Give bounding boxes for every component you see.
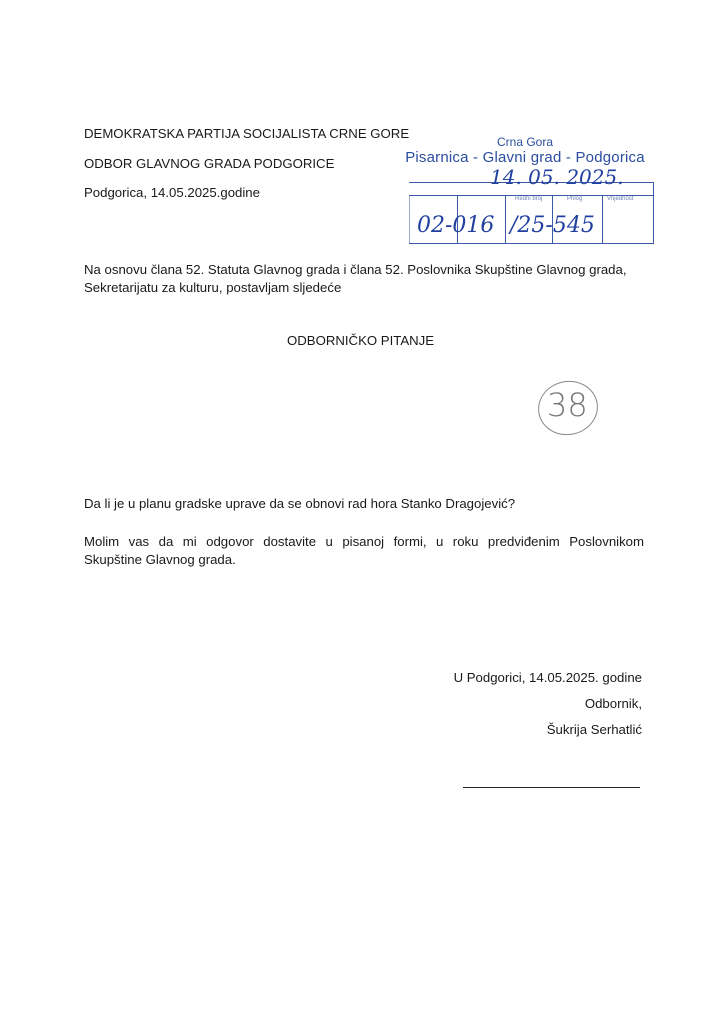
request-line-1: Molim vas da mi odgovor dostavite u pisa…	[84, 534, 644, 550]
stamp-col-redni-broj: Redni broj	[515, 196, 542, 202]
request-line-2: Skupštine Glavnog grada.	[84, 552, 236, 568]
header-place-date: Podgorica, 14.05.2025.godine	[84, 185, 260, 201]
registry-stamp: Crna Gora Pisarnica - Glavni grad - Podg…	[395, 125, 655, 250]
stamp-col-vrijednost: Vrijednost	[607, 196, 633, 202]
signature-place-date: U Podgorici, 14.05.2025. godine	[454, 670, 642, 686]
handwritten-number: 38	[547, 386, 588, 424]
stamp-col-prilog: Prilog	[567, 196, 582, 202]
stamp-reg-number: /25-545	[510, 213, 595, 238]
signature-line	[463, 787, 640, 788]
stamp-office: Pisarnica - Glavni grad - Podgorica	[395, 149, 655, 166]
signature-role: Odbornik,	[585, 696, 642, 712]
document-title: ODBORNIČKO PITANJE	[287, 333, 434, 349]
stamp-country: Crna Gora	[395, 135, 655, 149]
party-name: DEMOKRATSKA PARTIJA SOCIJALISTA CRNE GOR…	[84, 126, 409, 142]
intro-line-1: Na osnovu člana 52. Statuta Glavnog grad…	[84, 262, 627, 278]
question-text: Da li je u planu gradske uprave da se ob…	[84, 496, 515, 512]
intro-line-2: Sekretarijatu za kulturu, postavljam slj…	[84, 280, 341, 296]
stamp-received-date: 14. 05. 2025.	[490, 165, 624, 189]
committee-name: ODBOR GLAVNOG GRADA PODGORICE	[84, 156, 334, 172]
stamp-org-unit: 02-016	[417, 213, 494, 238]
signatory-name: Šukrija Serhatlić	[547, 722, 642, 738]
